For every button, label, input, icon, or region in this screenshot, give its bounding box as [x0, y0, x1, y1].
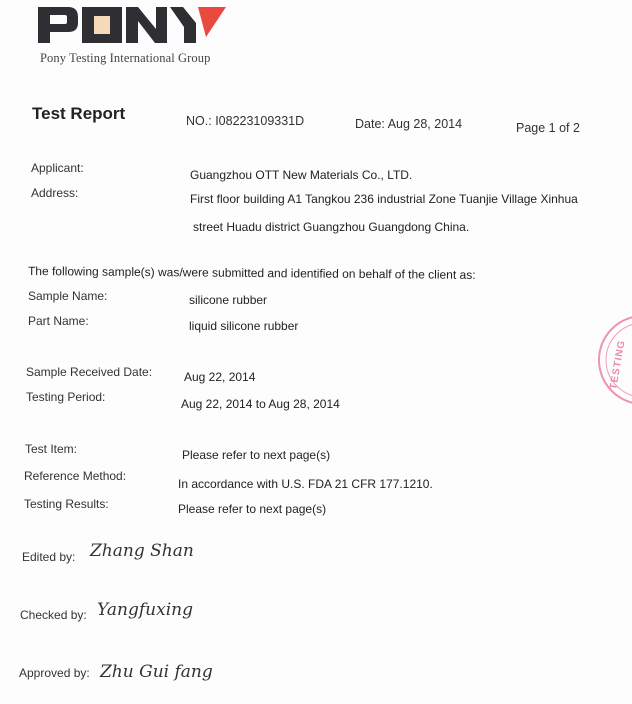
report-number: NO.: I08223109331D	[186, 114, 304, 128]
testing-period-label: Testing Period:	[26, 390, 105, 404]
sample-intro: The following sample(s) was/were submitt…	[28, 264, 476, 282]
page-indicator: Page 1 of 2	[516, 121, 580, 135]
report-number-value: I08223109331D	[215, 114, 304, 128]
testing-results-value: Please refer to next page(s)	[178, 502, 326, 516]
edited-by-label: Edited by:	[22, 550, 75, 564]
part-name-label: Part Name:	[28, 314, 89, 328]
address-line-1: First floor building A1 Tangkou 236 indu…	[190, 192, 578, 206]
test-item-value: Please refer to next page(s)	[182, 448, 330, 462]
address-line-2: street Huadu district Guangzhou Guangdon…	[193, 220, 469, 234]
checked-by-signature: Yangfuxing	[97, 600, 193, 620]
report-title: Test Report	[32, 104, 125, 124]
received-date-value: Aug 22, 2014	[184, 370, 255, 384]
approved-by-label: Approved by:	[19, 666, 90, 680]
reference-method-value: In accordance with U.S. FDA 21 CFR 177.1…	[178, 477, 433, 491]
report-date: Date: Aug 28, 2014	[355, 117, 462, 131]
edited-by-signature: Zhang Shan	[90, 541, 194, 561]
applicant-value: Guangzhou OTT New Materials Co., LTD.	[190, 168, 412, 182]
test-item-label: Test Item:	[25, 442, 77, 456]
reference-method-label: Reference Method:	[24, 469, 126, 483]
report-date-label: Date:	[355, 117, 385, 131]
report-date-value: Aug 28, 2014	[388, 117, 462, 131]
checked-by-label: Checked by:	[20, 608, 87, 622]
testing-stamp: TESTING	[598, 310, 632, 410]
applicant-label: Applicant:	[31, 161, 84, 175]
logo-subtitle: Pony Testing International Group	[40, 51, 210, 66]
stamp-text: TESTING	[608, 339, 628, 390]
pony-logo	[38, 5, 228, 45]
testing-period-value: Aug 22, 2014 to Aug 28, 2014	[181, 397, 340, 411]
testing-results-label: Testing Results:	[24, 497, 109, 511]
part-name-value: liquid silicone rubber	[189, 319, 298, 333]
sample-name-value: silicone rubber	[189, 293, 267, 307]
address-label: Address:	[31, 186, 78, 200]
received-date-label: Sample Received Date:	[26, 365, 152, 379]
report-number-label: NO.:	[186, 114, 212, 128]
sample-name-label: Sample Name:	[28, 289, 107, 303]
approved-by-signature: Zhu Gui fang	[100, 662, 213, 682]
